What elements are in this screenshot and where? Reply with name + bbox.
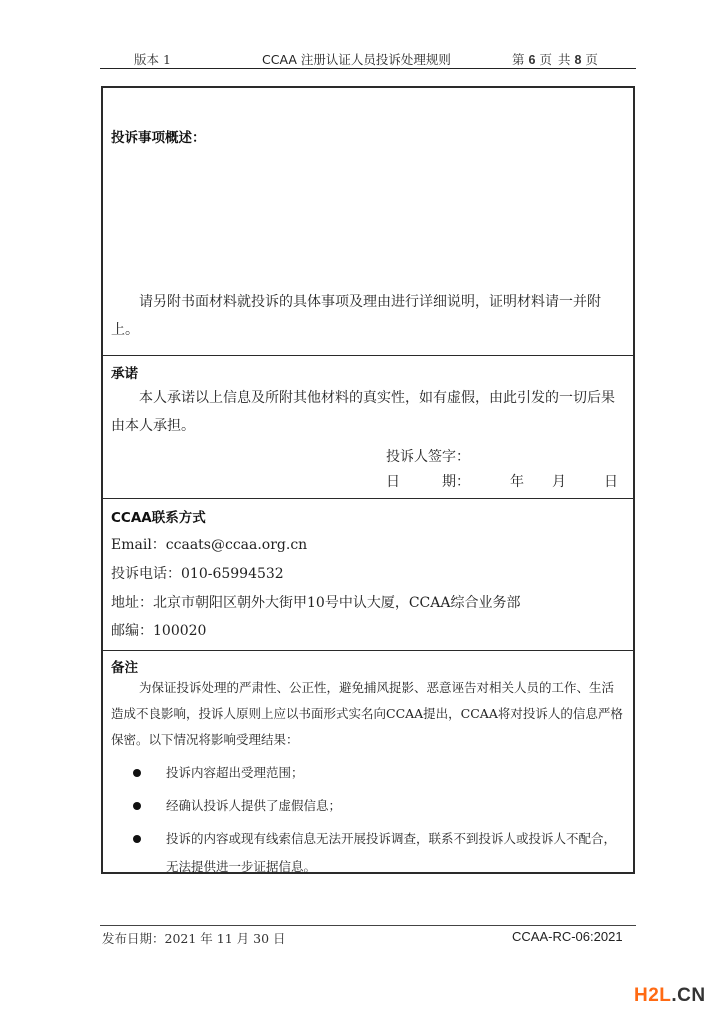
- date-label-2: 期：: [442, 471, 470, 491]
- notes-section: 备注 为保证投诉处理的严肃性、公正性，避免捕风捉影、恶意诬告对相关人员的工作、生…: [103, 650, 633, 872]
- document-code: CCAA-RC-06:2021: [512, 929, 623, 944]
- page-suffix: 页: [585, 52, 599, 67]
- watermark-part-a: H2L: [634, 985, 671, 1006]
- bullet-dot-icon: [133, 802, 141, 810]
- date-row: 日 期： 年 月 日: [386, 471, 626, 491]
- bullet-text: 经确认投诉人提供了虚假信息；: [166, 792, 626, 820]
- page-current: 6: [529, 53, 537, 67]
- day-label: 日: [604, 471, 618, 491]
- contact-title: CCAA联系方式: [111, 506, 206, 526]
- month-label: 月: [552, 471, 566, 491]
- contact-phone: 投诉电话：010-65994532: [111, 563, 284, 583]
- pledge-section: 承诺 本人承诺以上信息及所附其他材料的真实性，如有虚假，由此引发的一切后果由本人…: [103, 355, 633, 498]
- complaint-form-table: 投诉事项概述： 请另附书面材料就投诉的具体事项及理由进行详细说明，证明材料请一并…: [101, 86, 635, 874]
- complaint-summary-title: 投诉事项概述：: [111, 126, 206, 146]
- notes-paragraph: 为保证投诉处理的严肃性、公正性，避免捕风捉影、恶意诬告对相关人员的工作、生活造成…: [111, 675, 625, 753]
- page-mid: 页 共: [539, 52, 571, 67]
- pledge-title: 承诺: [111, 362, 138, 382]
- watermark-part-b: .CN: [671, 985, 705, 1006]
- pledge-text: 本人承诺以上信息及所附其他材料的真实性，如有虚假，由此引发的一切后果由本人承担。: [111, 384, 623, 440]
- year-label: 年: [510, 471, 524, 491]
- document-title: CCAA 注册认证人员投诉处理规则: [262, 50, 451, 68]
- bullet-text: 投诉内容超出受理范围；: [166, 759, 626, 787]
- page-header: 版本 1 CCAA 注册认证人员投诉处理规则 第6页 共8页: [100, 50, 636, 68]
- signature-label: 投诉人签字：: [386, 446, 470, 466]
- contact-section: CCAA联系方式 Email：ccaats@ccaa.org.cn 投诉电话：0…: [103, 498, 633, 650]
- contact-email: Email：ccaats@ccaa.org.cn: [111, 534, 307, 554]
- page-indicator: 第6页 共8页: [512, 50, 599, 68]
- bullet-dot-icon: [133, 835, 141, 843]
- complaint-summary-section: 投诉事项概述： 请另附书面材料就投诉的具体事项及理由进行详细说明，证明材料请一并…: [103, 88, 633, 355]
- bullet-dot-icon: [133, 769, 141, 777]
- page-total: 8: [574, 53, 582, 67]
- watermark-logo: H2L.CN: [634, 985, 706, 1007]
- footer-divider: [100, 925, 636, 926]
- page-prefix: 第: [512, 52, 526, 67]
- version-label: 版本 1: [134, 50, 171, 68]
- contact-address: 地址：北京市朝阳区朝外大街甲10号中认大厦，CCAA综合业务部: [111, 592, 520, 612]
- date-label-1: 日: [386, 471, 400, 491]
- publish-date: 发布日期：2021 年 11 月 30 日: [102, 929, 286, 947]
- header-divider: [100, 68, 636, 69]
- complaint-instruction: 请另附书面材料就投诉的具体事项及理由进行详细说明，证明材料请一并附上。: [111, 288, 623, 344]
- contact-postcode: 邮编：100020: [111, 620, 206, 640]
- notes-title: 备注: [111, 656, 138, 676]
- bullet-text: 投诉的内容或现有线索信息无法开展投诉调查，联系不到投诉人或投诉人不配合，无法提供…: [166, 825, 626, 881]
